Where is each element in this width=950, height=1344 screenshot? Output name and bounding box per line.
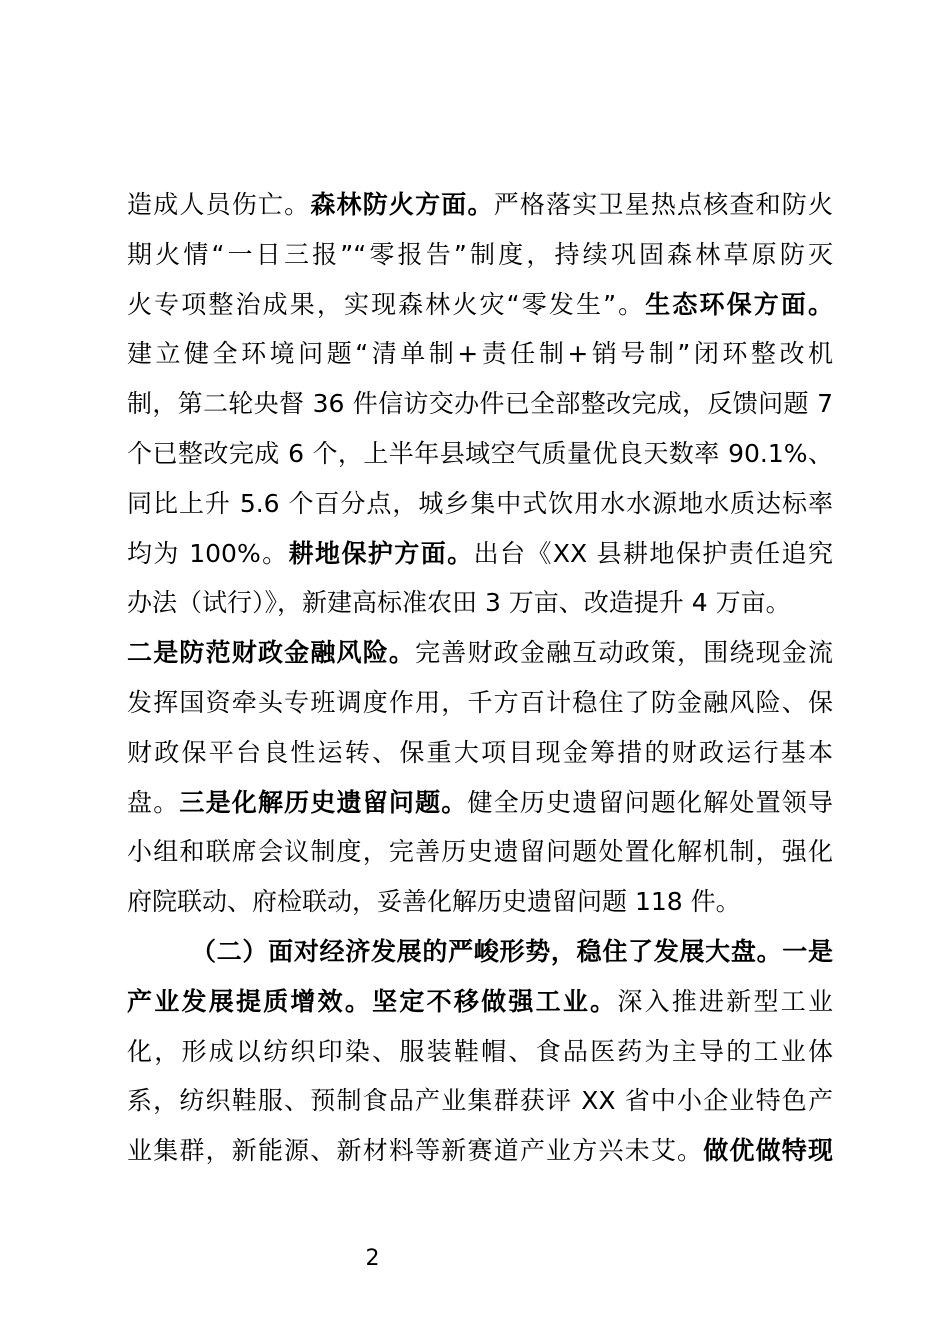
document-page: 造成人员伤亡。森林防火方面。严格落实卫星热点核查和防火期火情“一日三报”“零报告… (0, 0, 950, 1344)
page-number: 2 (0, 1244, 745, 1274)
text-line: 造成人员伤亡。森林防火方面。严格落实卫星热点核查和防火 (127, 180, 833, 230)
bold-heading-text: 生态环保方面。 (645, 290, 833, 319)
bold-heading-text: 三是化解历史遗留问题。 (179, 788, 467, 817)
text-line: 系，纺织鞋服、预制食品产业集群获评 XX 省中小企业特色产 (127, 1076, 833, 1126)
body-text-segment: 期火情“一日三报”“零报告”制度，持续巩固森林草原防灭 (127, 240, 833, 269)
body-text-segment: 健全历史遗留问题化解处置领导 (468, 788, 833, 817)
body-text-segment: 造成人员伤亡。 (127, 190, 310, 219)
text-line: 盘。三是化解历史遗留问题。健全历史遗留问题化解处置领导 (127, 778, 833, 828)
body-text-segment: 均为 100%。 (127, 539, 289, 568)
body-text-segment: 制，第二轮央督 36 件信访交办件已全部整改完成，反馈问题 7 (127, 389, 833, 418)
text-line: 业集群，新能源、新材料等新赛道产业方兴未艾。做优做特现 (127, 1126, 833, 1176)
body-text-segment: 府院联动、府检联动，妥善化解历史遗留问题 118 件。 (127, 887, 741, 916)
text-line: 化，形成以纺织印染、服装鞋帽、食品医药为主导的工业体 (127, 1027, 833, 1077)
body-text-segment: 发挥国资牵头专班调度作用，千方百计稳住了防金融风险、保 (127, 688, 833, 717)
body-text-segment: 盘。 (127, 788, 179, 817)
text-line: （二）面对经济发展的严峻形势，稳住了发展大盘。一是 (127, 927, 833, 977)
text-line: 个已整改完成 6 个，上半年县域空气质量优良天数率 90.1%、 (127, 429, 833, 479)
text-line: 府院联动、府检联动，妥善化解历史遗留问题 118 件。 (127, 877, 833, 927)
bold-heading-text: 二是防范财政金融风险。 (127, 638, 415, 667)
text-line: 同比上升 5.6 个百分点，城乡集中式饮用水水源地水质达标率 (127, 479, 833, 529)
body-text: 造成人员伤亡。森林防火方面。严格落实卫星热点核查和防火期火情“一日三报”“零报告… (127, 180, 833, 1176)
body-text-segment: 火专项整治成果，实现森林火灾“零发生”。 (127, 290, 645, 319)
bold-heading-text: 产业发展提质增效。坚定不移做强工业。 (127, 987, 617, 1016)
body-text-segment: 出台《XX 县耕地保护责任追究 (474, 539, 833, 568)
body-text-segment: 系，纺织鞋服、预制食品产业集群获评 XX 省中小企业特色产 (127, 1086, 833, 1115)
text-line: 火专项整治成果，实现森林火灾“零发生”。生态环保方面。 (127, 280, 833, 330)
text-line: 二是防范财政金融风险。完善财政金融互动政策，围绕现金流 (127, 628, 833, 678)
body-text-segment: 完善财政金融互动政策，围绕现金流 (415, 638, 833, 667)
bold-heading-text: 做优做特现 (703, 1136, 833, 1165)
text-line: 制，第二轮央督 36 件信访交办件已全部整改完成，反馈问题 7 (127, 379, 833, 429)
body-text-segment: 同比上升 5.6 个百分点，城乡集中式饮用水水源地水质达标率 (127, 489, 833, 518)
text-line: 发挥国资牵头专班调度作用，千方百计稳住了防金融风险、保 (127, 678, 833, 728)
text-line: 均为 100%。耕地保护方面。出台《XX 县耕地保护责任追究 (127, 529, 833, 579)
text-line: 建立健全环境问题“清单制+责任制+销号制”闭环整改机 (127, 329, 833, 379)
bold-heading-text: 森林防火方面。 (310, 190, 493, 219)
body-text-segment: 财政保平台良性运转、保重大项目现金筹措的财政运行基本 (127, 738, 833, 767)
bold-heading-text: 耕地保护方面。 (289, 539, 474, 568)
text-line: 产业发展提质增效。坚定不移做强工业。深入推进新型工业 (127, 977, 833, 1027)
body-text-segment: 建立健全环境问题“清单制+责任制+销号制”闭环整改机 (127, 339, 833, 368)
body-text-segment: 化，形成以纺织印染、服装鞋帽、食品医药为主导的工业体 (127, 1037, 833, 1066)
text-line: 小组和联席会议制度，完善历史遗留问题处置化解机制，强化 (127, 827, 833, 877)
text-line: 办法（试行）》，新建高标准农田 3 万亩、改造提升 4 万亩。 (127, 578, 833, 628)
bold-heading-text: （二）面对经济发展的严峻形势，稳住了发展大盘。一是 (191, 937, 833, 966)
body-text-segment: 办法（试行）》，新建高标准农田 3 万亩、改造提升 4 万亩。 (127, 588, 791, 617)
text-line: 财政保平台良性运转、保重大项目现金筹措的财政运行基本 (127, 728, 833, 778)
body-text-segment: 个已整改完成 6 个，上半年县域空气质量优良天数率 90.1%、 (127, 439, 833, 468)
body-text-segment: 深入推进新型工业 (617, 987, 833, 1016)
body-text-segment: 严格落实卫星热点核查和防火 (494, 190, 833, 219)
text-line: 期火情“一日三报”“零报告”制度，持续巩固森林草原防灭 (127, 230, 833, 280)
body-text-segment: 业集群，新能源、新材料等新赛道产业方兴未艾。 (127, 1136, 703, 1165)
body-text-segment: 小组和联席会议制度，完善历史遗留问题处置化解机制，强化 (127, 837, 833, 866)
